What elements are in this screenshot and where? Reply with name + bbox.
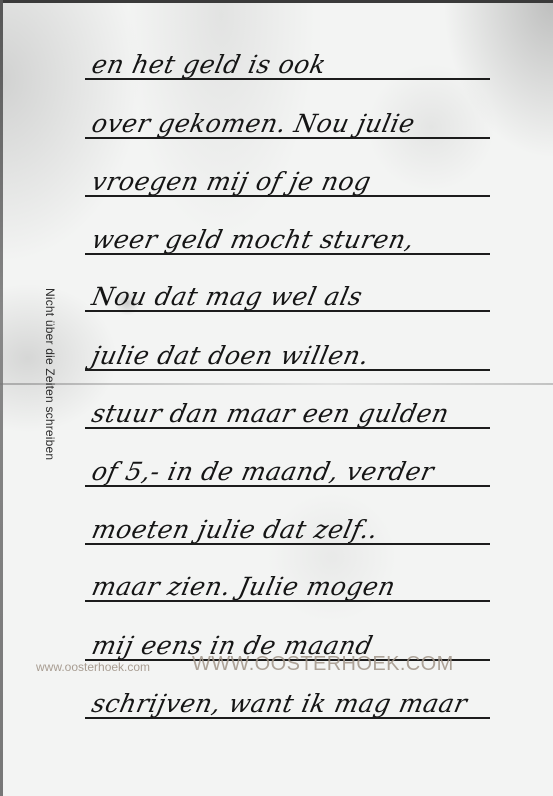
handwritten-line: schrijven, want ik mag maar	[85, 675, 490, 719]
handwritten-text: schrijven, want ik mag maar	[89, 689, 470, 719]
handwritten-line: of 5,- in de maand, verder	[85, 443, 490, 487]
handwritten-text: over gekomen. Nou julie	[89, 109, 418, 139]
handwritten-line: vroegen mij of je nog	[85, 153, 490, 197]
ruled-line	[85, 427, 490, 429]
ruled-line	[85, 310, 490, 312]
handwritten-line: moeten julie dat zelf..	[85, 501, 490, 545]
handwritten-line: stuur dan maar een gulden	[85, 385, 490, 429]
ruled-line	[85, 137, 490, 139]
ruled-line	[85, 369, 490, 371]
handwritten-text: julie dat doen willen.	[89, 341, 372, 371]
handwritten-line: weer geld mocht sturen,	[85, 211, 490, 255]
handwritten-text: vroegen mij of je nog	[89, 167, 374, 197]
watermark-large: WWW.OOSTERHOEK.COM	[192, 653, 454, 676]
handwritten-text: Nou dat mag wel als	[89, 282, 365, 312]
handwritten-lines: en het geld is ookover gekomen. Nou juli…	[0, 0, 553, 796]
handwritten-text: of 5,- in de maand, verder	[89, 457, 437, 487]
handwritten-text: en het geld is ook	[89, 50, 329, 80]
ruled-line	[85, 485, 490, 487]
handwritten-text: maar zien. Julie mogen	[89, 572, 398, 602]
ruled-line	[85, 78, 490, 80]
handwritten-text: moeten julie dat zelf..	[89, 515, 381, 545]
ruled-line	[85, 253, 490, 255]
ruled-line	[85, 600, 490, 602]
handwritten-line: maar zien. Julie mogen	[85, 558, 490, 602]
handwritten-line: julie dat doen willen.	[85, 327, 490, 371]
handwritten-line: over gekomen. Nou julie	[85, 95, 490, 139]
handwritten-line: Nou dat mag wel als	[85, 268, 490, 312]
ruled-line	[85, 543, 490, 545]
ruled-line	[85, 195, 490, 197]
watermark-small: www.oosterhoek.com	[36, 660, 150, 674]
letter-page: Nicht über die Zeiten schreiben en het g…	[0, 0, 553, 796]
ruled-line	[85, 717, 490, 719]
handwritten-line: en het geld is ook	[85, 36, 490, 80]
handwritten-text: stuur dan maar een gulden	[89, 399, 452, 429]
handwritten-text: weer geld mocht sturen,	[89, 225, 417, 255]
